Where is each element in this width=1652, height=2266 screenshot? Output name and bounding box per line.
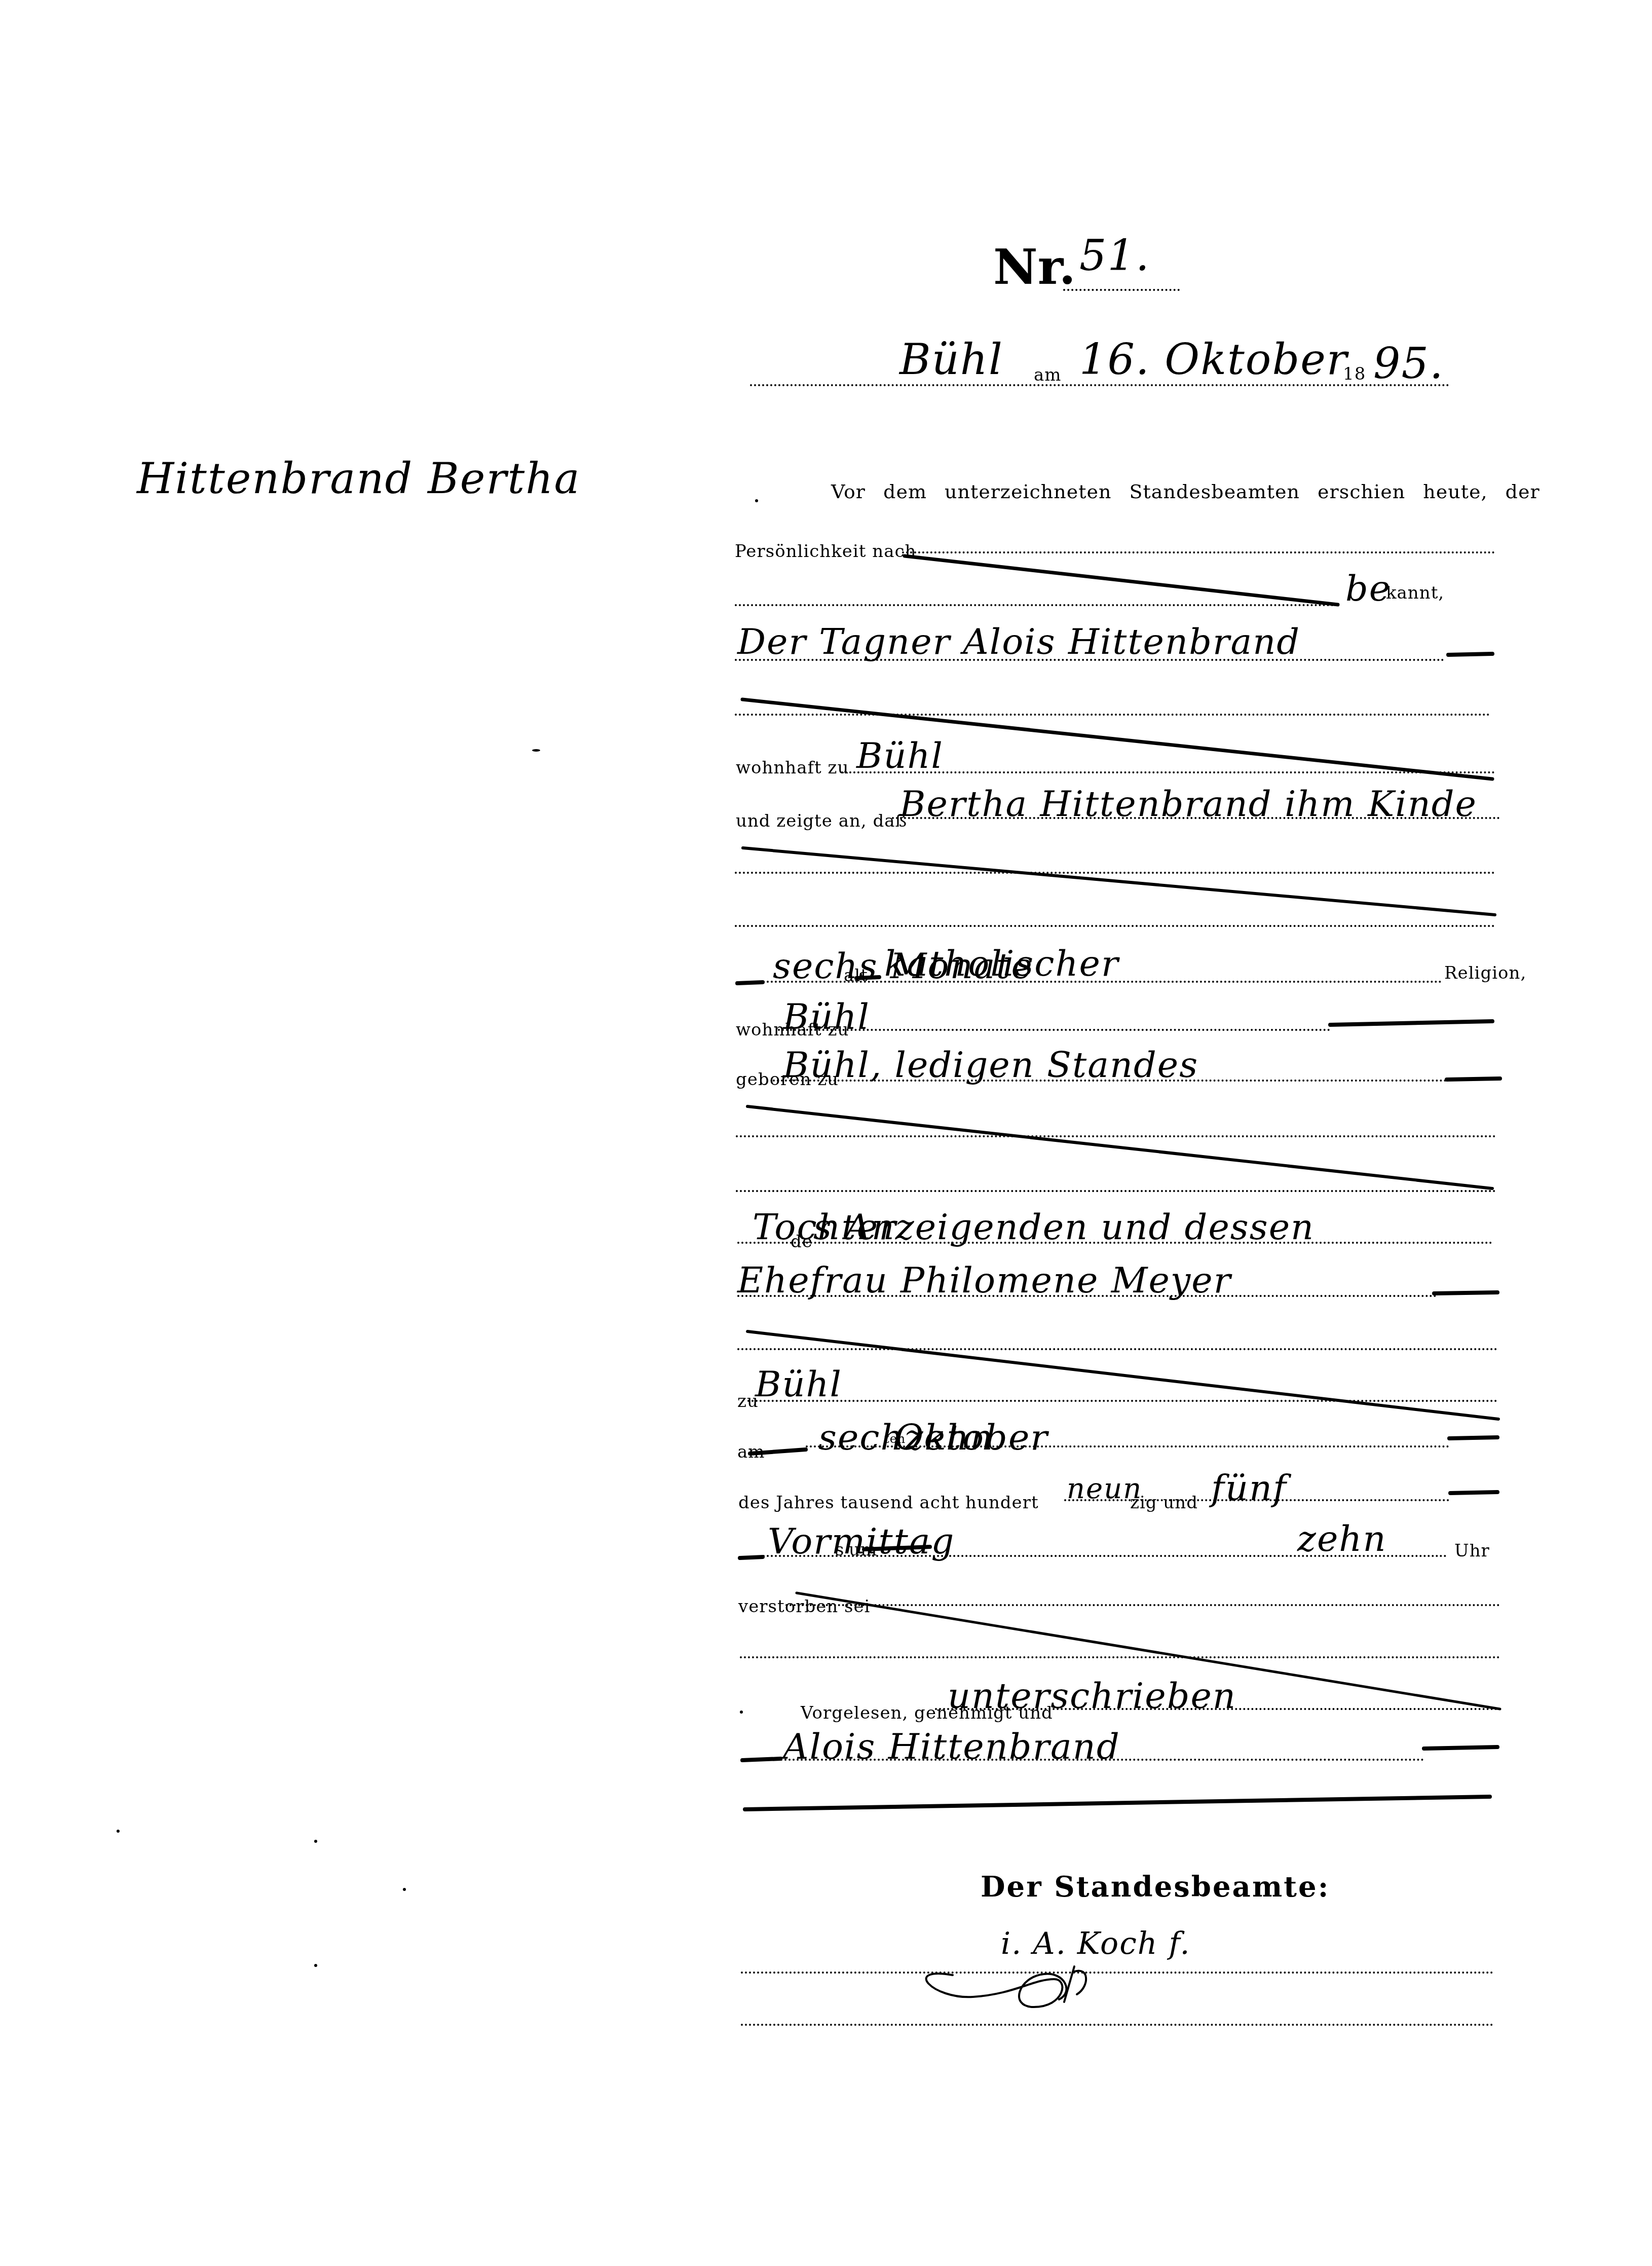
place-value: Bühl <box>899 335 1003 384</box>
wohnhaft-value-2: Bühl <box>783 996 870 1037</box>
intro-text: Vor dem unterzeichneten Standesbeamten e… <box>831 480 1540 503</box>
entry-number-label: Nr. <box>993 238 1076 295</box>
verstorben-label: verstorben sei <box>738 1596 870 1617</box>
place-date-line <box>750 384 1449 386</box>
form-line <box>735 659 1444 661</box>
form-line <box>902 551 1495 553</box>
form-line <box>741 1972 1493 1974</box>
uhr-label: Uhr <box>1454 1541 1490 1561</box>
scan-speck <box>314 1840 317 1843</box>
form-line <box>763 1555 1447 1557</box>
register-page: Nr. 51. Bühl am 16. Oktober 18 95. Hitte… <box>0 0 1652 2266</box>
zu-value: Bühl <box>755 1363 842 1405</box>
religion-label: Religion, <box>1444 963 1526 983</box>
form-line <box>736 1135 1496 1137</box>
wohnhaft-label-1: wohnhaft zu <box>736 758 849 778</box>
form-line <box>735 872 1495 874</box>
scan-speck <box>314 1964 317 1967</box>
jahres-label: des Jahres tausend acht hundert <box>738 1493 1039 1513</box>
form-line <box>737 1295 1437 1297</box>
form-line <box>737 1242 1492 1244</box>
form-line <box>741 2024 1493 2026</box>
form-line <box>735 604 1338 606</box>
zeigte-an-label: und zeigte an, daß <box>736 811 907 831</box>
date-value: 16. Oktober <box>1079 335 1348 384</box>
form-line <box>1064 1499 1449 1501</box>
form-line <box>841 771 1495 773</box>
bekannt-print: kannt, <box>1386 583 1444 603</box>
am-label: am <box>1034 365 1062 385</box>
entry-number-value: 51. <box>1079 231 1150 280</box>
persoenlichkeit-label: Persönlichkeit nach <box>735 541 916 562</box>
death-month: Oktober <box>894 1417 1048 1458</box>
bekannt-hand: be <box>1345 568 1391 609</box>
scan-speck <box>755 499 758 502</box>
form-line <box>735 925 1495 927</box>
zig-label: zig und <box>1130 1493 1198 1513</box>
vorgelesen-value: unterschrieben <box>948 1675 1236 1717</box>
margin-name-note: Hittenbrand Bertha <box>137 454 581 503</box>
informant-signature: Alois Hittenbrand <box>783 1726 1120 1767</box>
official-title: Der Standesbeamte: <box>981 1870 1330 1904</box>
scan-speck <box>403 1888 406 1891</box>
scan-speck <box>117 1830 120 1833</box>
form-line <box>737 1348 1497 1350</box>
form-line <box>763 981 1442 983</box>
hour-value: zehn <box>1297 1518 1386 1559</box>
form-line <box>747 1400 1497 1402</box>
entry-number-line <box>1063 289 1180 291</box>
form-line <box>778 1029 1330 1031</box>
form-line <box>740 1656 1500 1658</box>
official-signature: i. A. Koch f. <box>1001 1926 1191 1961</box>
form-line <box>780 1759 1424 1761</box>
s-label: s <box>835 1540 844 1560</box>
form-line <box>785 1604 1500 1606</box>
religion-value: katholischer <box>884 943 1119 984</box>
form-line <box>806 1445 1449 1447</box>
informant-name: Der Tagner Alois Hittenbrand <box>737 621 1300 662</box>
scan-speck <box>740 1711 743 1714</box>
scan-speck <box>532 749 540 752</box>
form-line <box>773 1080 1447 1082</box>
year-suffix: 95. <box>1373 339 1444 388</box>
form-line <box>935 1708 1497 1710</box>
form-line <box>892 817 1500 819</box>
unit-value: fünf <box>1211 1467 1287 1509</box>
alt-label: alt <box>844 965 868 986</box>
am-death-label: am <box>737 1442 765 1462</box>
wohnhaft-value-1: Bühl <box>856 735 944 776</box>
form-line <box>736 1190 1496 1192</box>
form-line <box>735 714 1490 716</box>
um-label: um <box>849 1540 877 1560</box>
year-prefix: 18 <box>1343 364 1366 384</box>
